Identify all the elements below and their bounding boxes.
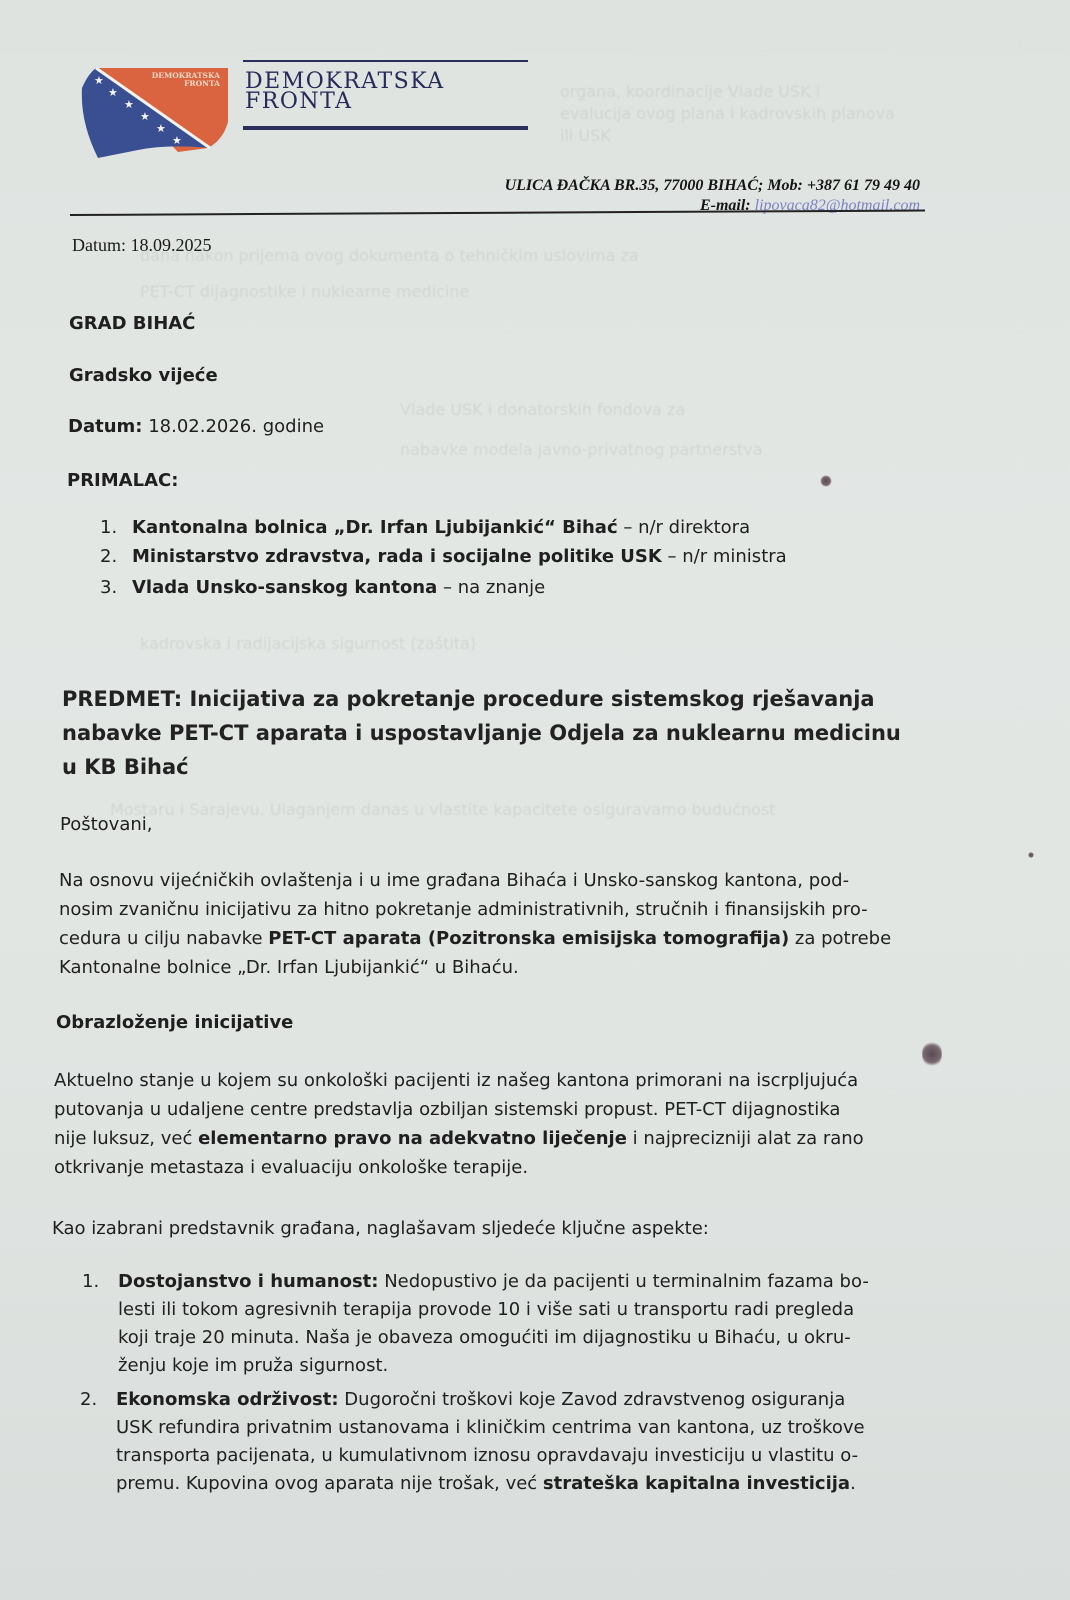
svg-text:★: ★	[156, 122, 166, 135]
list-number: 1.	[100, 517, 132, 538]
aspect-item: 1. Dostojanstvo i humanost: Nedopustivo …	[118, 1268, 869, 1380]
text-span: Nedopustivo je da pacijenti u terminalni…	[378, 1271, 868, 1292]
date-value: 18.02.2026. godine	[148, 416, 324, 437]
recipient-name: Kantonalna bolnica „Dr. Irfan Ljubijanki…	[132, 517, 618, 538]
recipient-item: 1.Kantonalna bolnica „Dr. Irfan Ljubijan…	[100, 517, 750, 538]
svg-text:★: ★	[94, 74, 104, 87]
bleed-through-text: nabavke modela javno-privatnog partnerst…	[400, 440, 763, 459]
reasoning-paragraph: Aktuelno stanje u kojem su onkološki pac…	[54, 1066, 864, 1182]
address-line: ULICA ĐAČKA BR.35, 77000 BIHAĆ; Mob: +38…	[505, 176, 920, 196]
paragraph-line: lesti ili tokom agresivnih terapija prov…	[118, 1296, 869, 1324]
paragraph-line: Aktuelno stanje u kojem su onkološki pac…	[54, 1066, 864, 1095]
svg-text:★: ★	[172, 134, 182, 147]
text-span: i najprecizniji alat za rano	[627, 1128, 864, 1149]
paragraph-line: otkrivanje metastaza i evaluaciju onkolo…	[54, 1153, 864, 1182]
emphasis-text: elementarno pravo na adekvatno liječenje	[198, 1128, 627, 1149]
paragraph-line: Dostojanstvo i humanost: Nedopustivo je …	[118, 1268, 869, 1296]
paragraph-line: nosim zvaničnu inicijativu za hitno pokr…	[59, 895, 891, 924]
list-number: 3.	[100, 577, 132, 598]
text-span: nije luksuz, već	[54, 1128, 198, 1149]
subject-line: PREDMET: Inicijativa za pokretanje proce…	[62, 682, 942, 716]
section-heading: Obrazloženje inicijative	[56, 1008, 293, 1038]
recipients-label: PRIMALAC:	[67, 466, 178, 496]
paragraph-line: koji traje 20 minuta. Naša je obaveza om…	[118, 1324, 869, 1352]
bleed-through-text: evalucija ovog plana i kadrovskih planov…	[560, 104, 895, 123]
paper-blemish	[820, 475, 832, 487]
bleed-through-text: Mostaru i Sarajevu. Ulaganjem danas u vl…	[110, 800, 776, 819]
subject-line: u KB Bihać	[62, 750, 942, 784]
svg-text:★: ★	[108, 86, 118, 99]
list-number: 2.	[100, 546, 132, 567]
recipient-item: 2.Ministarstvo zdravstva, rada i socijal…	[100, 546, 787, 567]
paragraph-line: ženju koje im pruža sigurnost.	[118, 1352, 869, 1380]
city-heading: GRAD BIHAĆ	[69, 309, 195, 339]
council-heading: Gradsko vijeće	[69, 361, 218, 391]
text-span: Dugoročni troškovi koje Zavod zdravstven…	[339, 1389, 846, 1410]
svg-text:FRONTA: FRONTA	[184, 79, 220, 88]
bleed-through-text: PET-CT dijagnostike i nuklearne medicine	[140, 282, 469, 301]
paragraph-line: Na osnovu vijećničkih ovlaštenja i u ime…	[59, 866, 891, 895]
aspect-title: Dostojanstvo i humanost:	[118, 1271, 378, 1292]
document-date: Datum: 18.02.2026. godine	[68, 412, 324, 442]
text-span: .	[850, 1473, 856, 1494]
paragraph-line: Ekonomska održivost: Dugoročni troškovi …	[116, 1386, 865, 1414]
recipient-note: – n/r direktora	[618, 517, 750, 538]
letter-page: organa, koordinacije Vlade USK i evaluci…	[0, 0, 1070, 1600]
aspect-item: 2. Ekonomska održivost: Dugoročni troško…	[116, 1386, 865, 1498]
intro-paragraph: Na osnovu vijećničkih ovlaštenja i u ime…	[59, 866, 891, 982]
paragraph-line: putovanja u udaljene centre predstavlja …	[54, 1095, 864, 1124]
paragraph-line: Kantonalne bolnice „Dr. Irfan Ljubijanki…	[59, 953, 891, 982]
paragraph-line: nije luksuz, već elementarno pravo na ad…	[54, 1124, 864, 1153]
subject-line: nabavke PET-CT aparata i uspostavljanje …	[62, 716, 942, 750]
emphasis-text: PET-CT aparata (Pozitronska emisijska to…	[268, 928, 789, 949]
organization-name: DEMOKRATSKA FRONTA	[245, 72, 445, 112]
text-span: cedura u cilju nabavke	[59, 928, 268, 949]
bleed-through-text: kadrovska i radijacijska sigurnost (zašt…	[140, 634, 476, 653]
recipient-name: Vlada Unsko-sanskog kantona	[132, 577, 437, 598]
letterhead-rule-bottom	[243, 126, 528, 130]
aspect-title: Ekonomska održivost:	[116, 1389, 339, 1410]
svg-text:★: ★	[140, 110, 150, 123]
org-name-line-2: FRONTA	[245, 92, 445, 112]
svg-text:★: ★	[124, 98, 134, 111]
recipient-note: – na znanje	[437, 577, 545, 598]
aspects-intro: Kao izabrani predstavnik građana, naglaš…	[52, 1214, 709, 1244]
paragraph-line: cedura u cilju nabavke PET-CT aparata (P…	[59, 924, 891, 953]
text-span: premu. Kupovina ovog aparata nije trošak…	[116, 1473, 543, 1494]
recipient-note: – n/r ministra	[662, 546, 787, 567]
letterhead-rule-top	[243, 60, 528, 62]
paper-blemish	[1028, 852, 1034, 858]
paragraph-line: premu. Kupovina ovog aparata nije trošak…	[116, 1470, 865, 1498]
text-span: za potrebe	[789, 928, 891, 949]
bleed-through-text: dana nakon prijema ovog dokumenta o tehn…	[140, 246, 639, 265]
bleed-through-text: Vlade USK i donatorskih fondova za	[400, 400, 685, 419]
party-logo: ★ ★ ★ ★ ★ ★ DEMOKRATSKA FRONTA	[78, 62, 238, 158]
greeting: Poštovani,	[60, 810, 153, 840]
date-label: Datum:	[68, 416, 142, 437]
paragraph-line: USK refundira privatnim ustanovama i kli…	[116, 1414, 865, 1442]
subject-heading: PREDMET: Inicijativa za pokretanje proce…	[62, 682, 942, 784]
list-number: 2.	[80, 1386, 97, 1414]
paper-blemish	[922, 1040, 942, 1068]
emphasis-text: strateška kapitalna investicija	[543, 1473, 850, 1494]
letterhead-date: Datum: 18.09.2025	[72, 235, 212, 256]
recipient-name: Ministarstvo zdravstva, rada i socijalne…	[132, 546, 662, 567]
list-number: 1.	[82, 1268, 99, 1296]
recipient-item: 3.Vlada Unsko-sanskog kantona – na znanj…	[100, 577, 545, 598]
paragraph-line: transporta pacijenata, u kumulativnom iz…	[116, 1442, 865, 1470]
bleed-through-text: organa, koordinacije Vlade USK i	[560, 82, 820, 101]
bleed-through-text: ili USK	[560, 126, 611, 145]
